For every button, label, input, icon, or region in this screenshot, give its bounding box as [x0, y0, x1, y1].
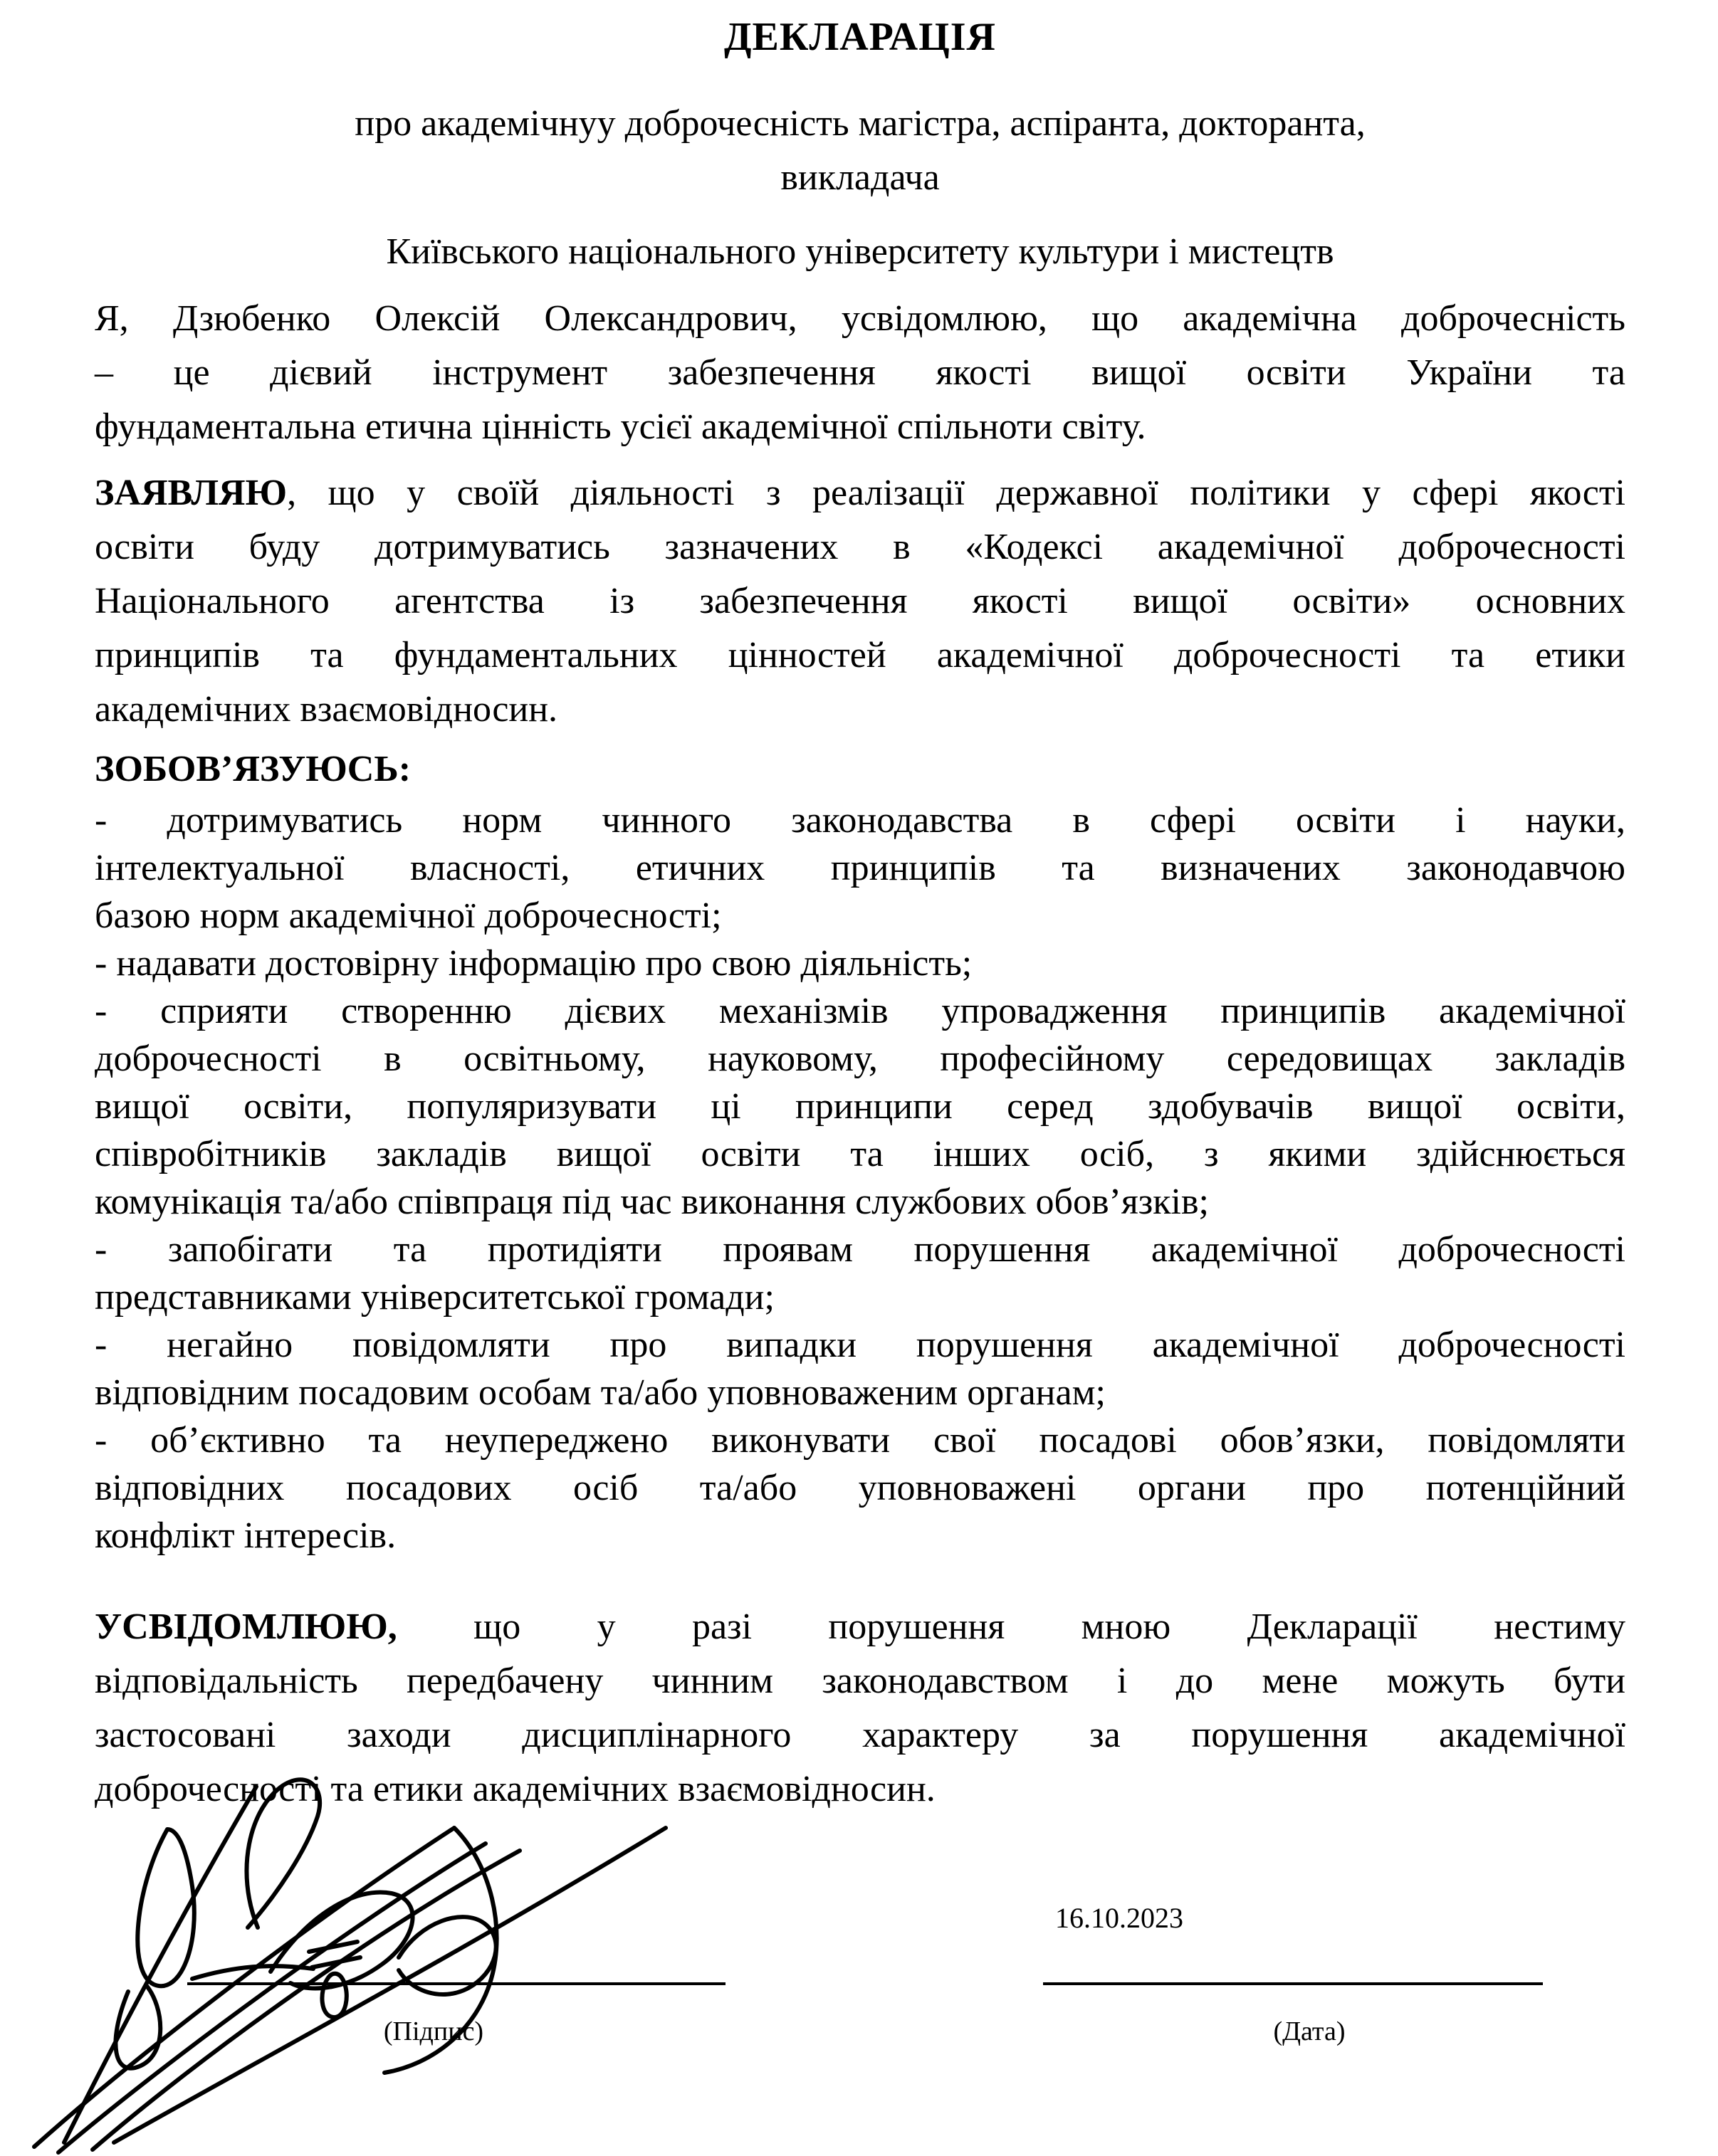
text-line: фундаментальна етична цінність усієї ака… [95, 400, 1625, 454]
obligations-list: - дотримуватись норм чинного законодавст… [95, 796, 1625, 1560]
text-line: базою норм академічної доброчесності; [95, 892, 1625, 940]
obligations-heading: ЗОБОВ’ЯЗУЮСЬ: [95, 742, 1625, 796]
text-line: - об’єктивно та неупереджено виконувати … [95, 1416, 1625, 1464]
text-line: - надавати достовірну інформацію про сво… [95, 940, 1625, 987]
text-line: - запобігати та протидіяти проявам поруш… [95, 1226, 1625, 1273]
document-title: ДЕКЛАРАЦІЯ [95, 14, 1625, 60]
document-page: ДЕКЛАРАЦІЯ про академічнуу доброчесність… [0, 0, 1718, 2156]
text-line: відповідним посадовим особам та/або упов… [95, 1369, 1625, 1416]
text-line: принципів та фундаментальних цінностей а… [95, 629, 1625, 683]
text-line: співробітників закладів вищої освіти та … [95, 1130, 1625, 1178]
signature-line [187, 1982, 726, 1985]
date-value: 16.10.2023 [1055, 1902, 1183, 1935]
acknowledge-paragraph: УСВІДОМЛЮЮ, що у разі порушення мною Дек… [95, 1600, 1625, 1816]
declare-paragraph: ЗАЯВЛЯЮ, що у своїй діяльності з реаліза… [95, 466, 1625, 737]
text-line: інтелектуальної власності, етичних принц… [95, 844, 1625, 892]
text-line: Я, Дзюбенко Олексій Олександрович, усвід… [95, 292, 1625, 346]
text-line: ЗАЯВЛЯЮ, що у своїй діяльності з реаліза… [95, 466, 1625, 520]
text-line: УСВІДОМЛЮЮ, що у разі порушення мною Дек… [95, 1600, 1625, 1654]
date-line [1043, 1982, 1543, 1985]
text-line: – це дієвий інструмент забезпечення якос… [95, 346, 1625, 400]
document-body: Я, Дзюбенко Олексій Олександрович, усвід… [95, 292, 1625, 1816]
text-line: комунікація та/або співпраця під час вик… [95, 1178, 1625, 1226]
intro-paragraph: Я, Дзюбенко Олексій Олександрович, усвід… [95, 292, 1625, 454]
text-line: академічних взаємовідносин. [95, 683, 1625, 737]
text-line: - дотримуватись норм чинного законодавст… [95, 796, 1625, 844]
text-line: - негайно повідомляти про випадки поруше… [95, 1321, 1625, 1369]
text-line: застосовані заходи дисциплінарного харак… [95, 1708, 1625, 1762]
text-line: вищої освіти, популяризувати ці принципи… [95, 1083, 1625, 1130]
text-line: ЗОБОВ’ЯЗУЮСЬ: [95, 742, 1625, 796]
text-line: доброчесності в освітньому, науковому, п… [95, 1035, 1625, 1083]
date-caption: (Дата) [1273, 2016, 1345, 2047]
text-line: представниками університетської громади; [95, 1273, 1625, 1321]
text-line: відповідних посадових осіб та/або уповно… [95, 1464, 1625, 1512]
text-line: конфлікт інтересів. [95, 1512, 1625, 1560]
subtitle-line: викладача [95, 151, 1625, 205]
subtitle-line: про академічнуу доброчесність магістра, … [95, 97, 1625, 151]
document-subtitle: про академічнуу доброчесність магістра, … [95, 97, 1625, 205]
text-line: - сприяти створенню дієвих механізмів уп… [95, 987, 1625, 1035]
text-line: доброчесності та етики академічних взаєм… [95, 1762, 1625, 1816]
institution-line: Київського національного університету ку… [95, 225, 1625, 279]
text-line: відповідальність передбачену чинним зако… [95, 1654, 1625, 1708]
text-line: Національного агентства із забезпечення … [95, 574, 1625, 629]
text-line: освіти буду дотримуватись зазначених в «… [95, 520, 1625, 574]
signature-caption: (Підпис) [384, 2016, 483, 2047]
